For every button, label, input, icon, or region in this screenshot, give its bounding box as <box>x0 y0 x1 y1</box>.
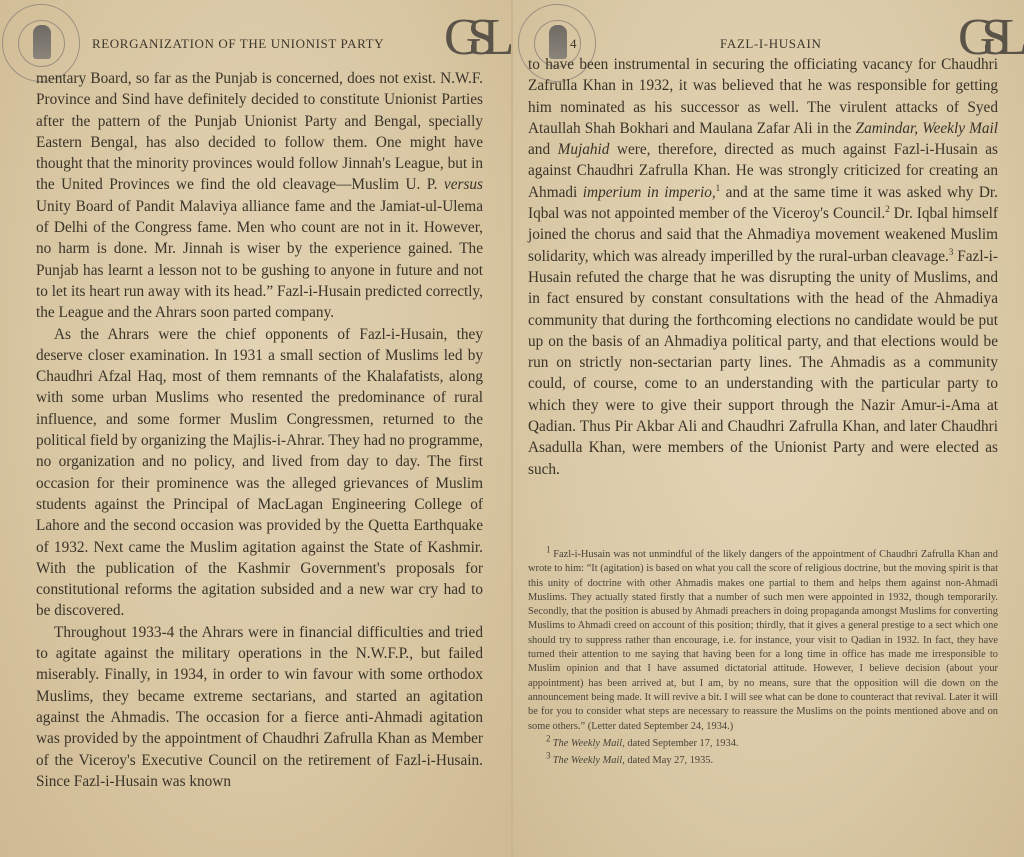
footnotes: 1 Fazl-i-Husain was not unmindful of the… <box>528 548 998 768</box>
right-page: 4 FAZL-I-HUSAIN GSL to have been instrum… <box>512 0 1024 857</box>
page-number: 4 <box>570 36 577 52</box>
paragraph: mentary Board, so far as the Punjab is c… <box>36 68 483 324</box>
paragraph: As the Ahrars were the chief opponents o… <box>36 324 483 622</box>
footnote-marker: 3 <box>546 751 553 761</box>
footnote-marker: 2 <box>546 733 553 743</box>
running-head: REORGANIZATION OF THE UNIONIST PARTY <box>92 36 384 52</box>
body-text: mentary Board, so far as the Punjab is c… <box>36 68 483 792</box>
footnote-3: 3 The Weekly Mail, dated May 27, 1935. <box>528 754 998 768</box>
paragraph: Throughout 1933-4 the Ahrars were in fin… <box>36 622 483 792</box>
body-text: to have been instrumental in securing th… <box>528 54 998 480</box>
left-page: REORGANIZATION OF THE UNIONIST PARTY GSL… <box>0 0 512 857</box>
lion-capital-emblem-icon <box>33 25 51 59</box>
footnote-1: 1 Fazl-i-Husain was not unmindful of the… <box>528 548 998 734</box>
footnote-2: 2 The Weekly Mail, dated September 17, 1… <box>528 737 998 751</box>
book-spread: REORGANIZATION OF THE UNIONIST PARTY GSL… <box>0 0 1024 857</box>
paragraph: to have been instrumental in securing th… <box>528 54 998 480</box>
library-mark-logo: GSL <box>444 12 500 64</box>
book-gutter <box>511 0 513 857</box>
running-head: FAZL-I-HUSAIN <box>720 36 821 52</box>
